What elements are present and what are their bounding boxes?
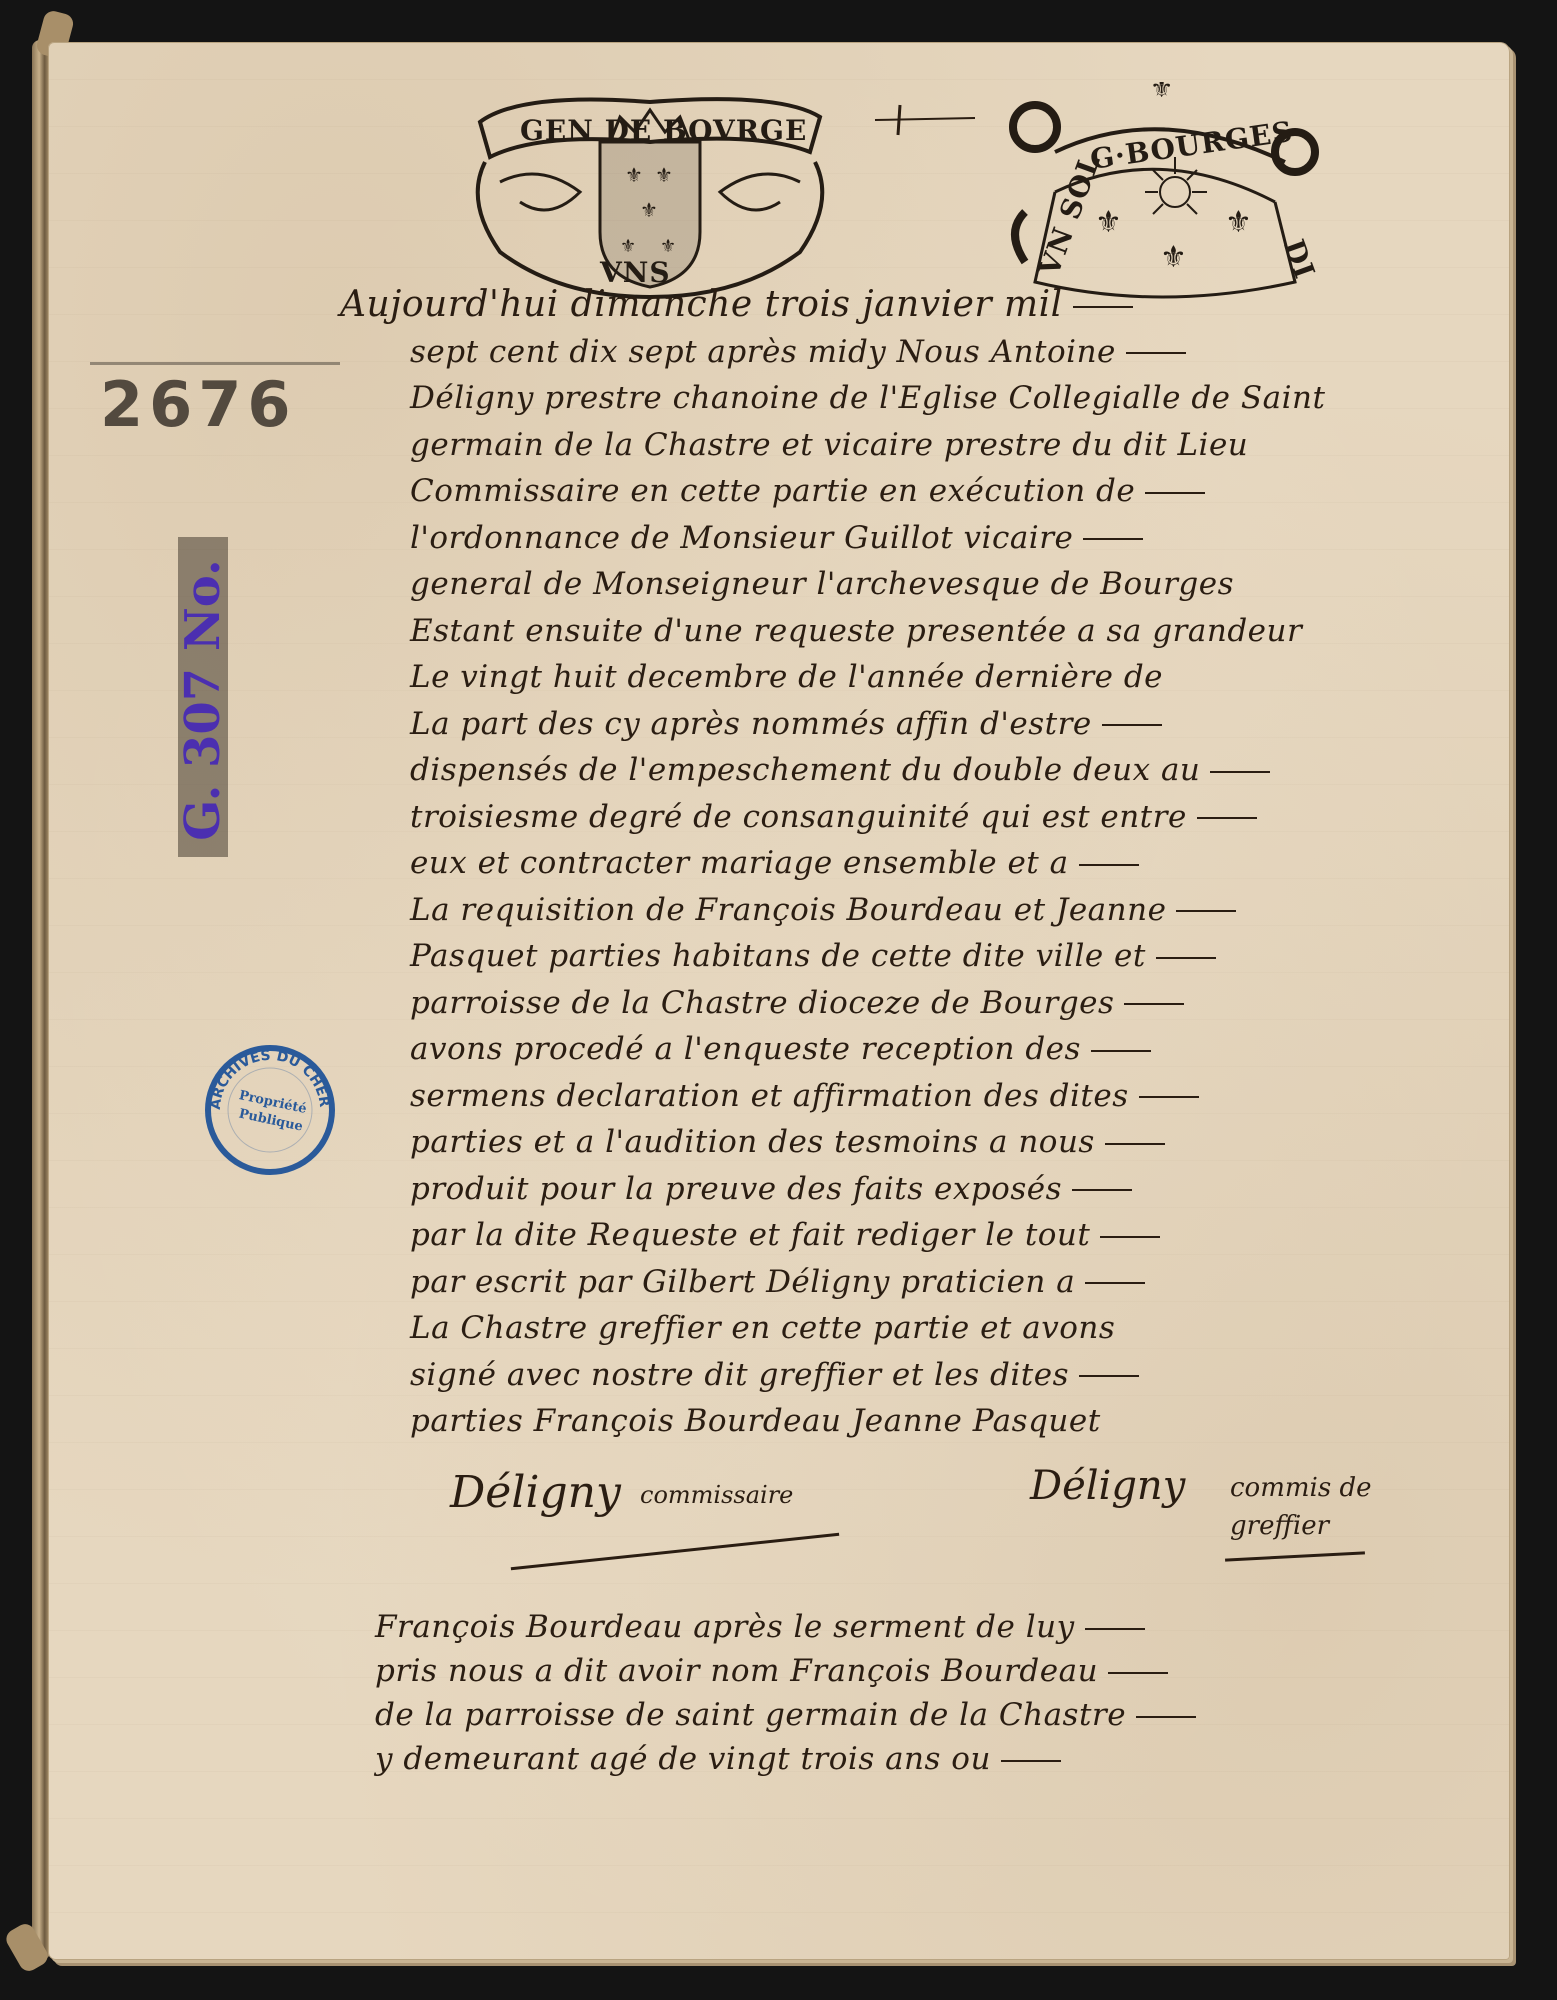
svg-text:GEN DE BOVRGE: GEN DE BOVRGE	[520, 114, 807, 147]
body-line: sept cent dix sept après midy Nous Antoi…	[340, 329, 1490, 376]
body-line: avons procedé a l'enqueste reception des	[340, 1026, 1490, 1073]
seal-right-bourges-sun: ⚜ ⚜ ⚜ ⚜ G·BOURGES VN SOL DI	[995, 82, 1325, 312]
body-line: produit pour la preuve des faits exposés	[340, 1166, 1490, 1213]
signature-commissaire-role: commissaire	[640, 1481, 793, 1509]
svg-text:⚜: ⚜	[620, 236, 636, 257]
continuation-line: de la parroisse de saint germain de la C…	[375, 1693, 1475, 1737]
body-line: parroisse de la Chastre dioceze de Bourg…	[340, 980, 1490, 1027]
sun-fleur-de-lis-seal-icon: ⚜ ⚜ ⚜ ⚜ G·BOURGES VN SOL DI	[995, 82, 1325, 312]
signature-greffier-role-1: commis de	[1230, 1473, 1371, 1503]
body-line: Déligny prestre chanoine de l'Eglise Col…	[340, 375, 1490, 422]
body-line: Estant ensuite d'une requeste presentée …	[340, 608, 1490, 655]
seal-left-generalite-bourges: ⚜ ⚜ ⚜ ⚜ ⚜ GEN DE BOVRGE VNS	[460, 82, 840, 302]
signature-underline	[1225, 1551, 1365, 1561]
cote-number-stamp: G. 307 No.	[175, 559, 231, 840]
crowned-shield-seal-icon: ⚜ ⚜ ⚜ ⚜ ⚜ GEN DE BOVRGE VNS	[460, 82, 840, 302]
cross-mark-icon	[870, 100, 980, 140]
svg-text:⚜: ⚜	[1225, 205, 1252, 240]
inventory-number-stamp: 2676	[100, 368, 297, 441]
signature-greffier-role-2: greffier	[1230, 1511, 1329, 1541]
body-line: dispensés de l'empeschement du double de…	[340, 747, 1490, 794]
svg-text:G·BOURGES: G·BOURGES	[1088, 115, 1295, 176]
body-line: troisiesme degré de consanguinité qui es…	[340, 794, 1490, 841]
continuation-line: pris nous a dit avoir nom François Bourd…	[375, 1649, 1475, 1693]
body-line: par escrit par Gilbert Déligny praticien…	[340, 1259, 1490, 1306]
body-line: par la dite Requeste et fait rediger le …	[340, 1212, 1490, 1259]
continuation-line: François Bourdeau après le serment de lu…	[375, 1605, 1475, 1649]
body-line: Le vingt huit decembre de l'année derniè…	[340, 654, 1490, 701]
body-line: Pasquet parties habitans de cette dite v…	[340, 933, 1490, 980]
body-line: Commissaire en cette partie en exécution…	[340, 468, 1490, 515]
signature-block: Déligny commissaire Déligny commis de gr…	[350, 1395, 1470, 1565]
continuation-line: y demeurant agé de vingt trois ans ou	[375, 1737, 1475, 1781]
body-line: parties et a l'audition des tesmoins a n…	[340, 1119, 1490, 1166]
body-line: general de Monseigneur l'archevesque de …	[340, 561, 1490, 608]
handwritten-continuation: François Bourdeau après le serment de lu…	[375, 1605, 1475, 1781]
body-line: Aujourd'hui dimanche trois janvier mil	[340, 282, 1490, 329]
svg-text:⚜: ⚜	[655, 163, 673, 187]
signature-underline	[511, 1533, 840, 1570]
svg-text:⚜: ⚜	[660, 236, 676, 257]
body-line: signé avec nostre dit greffier et les di…	[340, 1352, 1490, 1399]
body-line: La requisition de François Bourdeau et J…	[340, 887, 1490, 934]
body-line: sermens declaration et affirmation des d…	[340, 1073, 1490, 1120]
svg-text:⚜: ⚜	[1150, 82, 1173, 104]
svg-text:⚜: ⚜	[1160, 240, 1187, 275]
svg-text:⚜: ⚜	[1095, 205, 1122, 240]
body-line: La part des cy après nommés affin d'estr…	[340, 701, 1490, 748]
svg-text:⚜: ⚜	[640, 198, 658, 222]
body-line: l'ordonnance de Monsieur Guillot vicaire	[340, 515, 1490, 562]
signature-greffier: Déligny	[1030, 1463, 1185, 1509]
signature-commissaire: Déligny	[450, 1467, 621, 1518]
body-line: La Chastre greffier en cette partie et a…	[340, 1305, 1490, 1352]
svg-text:⚜: ⚜	[625, 163, 643, 187]
archives-du-cher-stamp-icon: ARCHIVES DU CHER Propriété Publique	[200, 1040, 340, 1180]
body-line: eux et contracter mariage ensemble et a	[340, 840, 1490, 887]
body-line: germain de la Chastre et vicaire prestre…	[340, 422, 1490, 469]
handwritten-body: Aujourd'hui dimanche trois janvier mil s…	[340, 282, 1490, 1445]
